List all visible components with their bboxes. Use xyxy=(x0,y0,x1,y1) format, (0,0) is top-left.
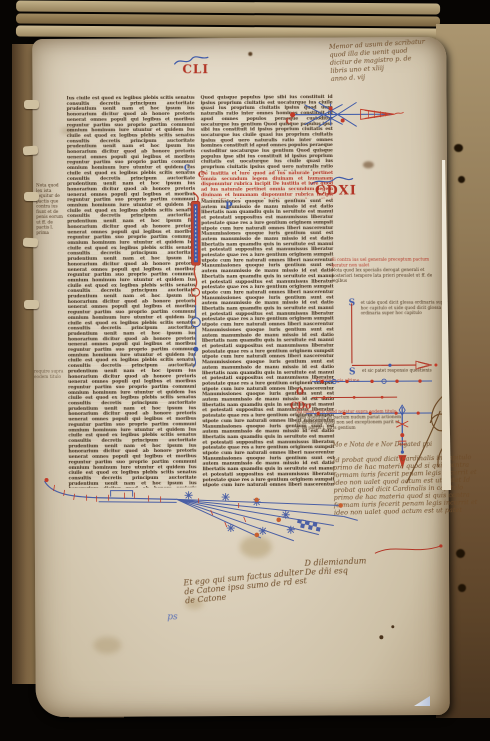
rubric-band: De iustitia et iure quod ad ius naturale… xyxy=(201,171,333,200)
wormhole xyxy=(454,144,463,152)
ink-speck xyxy=(379,635,383,639)
o-mark: O xyxy=(296,388,304,398)
column-text: Ius ciuile est quod ex legibus plebis sc… xyxy=(67,95,197,488)
margin-gloss-a: Si contra ius uel generale preceptum pac… xyxy=(331,257,445,300)
manuscript-photo: CLI CDXI Ius ciuile est quod ex legibus … xyxy=(0,0,490,741)
paraph-initial: C xyxy=(184,162,190,172)
chapter-number-left: CLI xyxy=(182,62,209,76)
binding-tab xyxy=(23,238,38,248)
wormhole xyxy=(456,549,465,558)
mo-nota-line: Mo e Nota de e Nor Dugated ppi xyxy=(332,441,472,455)
stain xyxy=(363,161,374,168)
binding-tab xyxy=(24,300,39,309)
rubric-text: De iustitia et iure quod ad ius naturale… xyxy=(201,171,333,200)
binding-tab xyxy=(23,145,39,155)
ps-mark: ps xyxy=(167,612,177,622)
initial-p: P xyxy=(225,201,233,212)
gloss-red-text: Si contra ius uel generale preceptum pac… xyxy=(331,257,445,268)
binding-tab xyxy=(24,100,39,109)
note-text: Memor ad usum de scribatur quod illa die… xyxy=(329,35,481,84)
gloss-text: Nota quod lex specialis derogat generali… xyxy=(331,267,445,283)
wormhole xyxy=(458,584,466,592)
stain xyxy=(93,637,121,654)
bottom-cursive-note: Et ego qui sum factus adulter de Catone … xyxy=(181,540,399,651)
manuscript-page: CLI CDXI Ius ciuile est quod ex legibus … xyxy=(32,37,450,717)
top-right-cursive-note: Memor ad usum de scribatur quod illa die… xyxy=(329,35,482,104)
gloss-text: Item queritur an pactum nudum pariat act… xyxy=(296,414,404,430)
page-edge-roll xyxy=(16,1,440,15)
red-bracket-dart-icon xyxy=(346,299,446,378)
wormhole xyxy=(458,176,465,183)
page-edge-roll xyxy=(16,14,440,27)
binding-tab xyxy=(24,192,39,201)
ink-speck xyxy=(248,52,252,56)
decorated-initial-icon xyxy=(183,190,210,372)
text-column-left: Ius ciuile est quod ex legibus plebis sc… xyxy=(67,95,197,488)
rubric-initial: C xyxy=(198,169,204,179)
left-margin-gloss-b: require supra eodem titulo xyxy=(34,369,78,387)
left-margin-gloss: Nota quod lex ista loquitur de pactis qu… xyxy=(36,183,66,245)
